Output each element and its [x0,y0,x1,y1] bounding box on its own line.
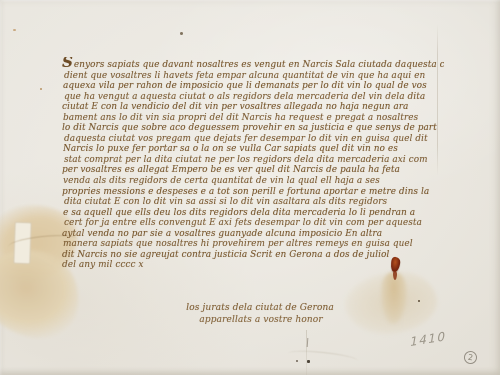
paper-speck [418,300,420,302]
paper-speck [307,360,310,363]
repair-patch [13,222,31,265]
manuscript-line: venda als dits regidors de certa quantit… [63,176,444,187]
crease-bottom-fold [306,330,307,375]
manuscript-line: ciutat E con la vendicio del dit vin per… [62,102,444,113]
manuscript-line: aytal venda no par sie a vosaltres guany… [62,229,444,240]
closing-line: los jurats dela ciutat de Gerona [155,302,365,314]
page-number-stamp: 2 [463,350,478,365]
manuscript-line: dita ciutat E con lo dit vin sa assi si … [64,197,444,208]
manuscript-line: Senyors sapiats que davant nosaltres es … [62,57,444,71]
manuscript-line: manera sapiats que nosaltres hi provehir… [63,239,444,250]
manuscript-line: que ha vengut a aquesta ciutat o als reg… [64,92,444,103]
stain-drip [381,272,407,324]
pencil-year-annotation: 1410 [410,327,460,349]
paper-speck [180,32,183,35]
closing-line: apparellats a vostre honor [157,314,365,326]
manuscript-line: bament ans lo dit vin sia propri del dit… [63,113,444,124]
paper-speck [296,360,298,362]
crease-bottom-diag [288,348,359,365]
manuscript-line: dit Narcis no sie agreujat contra justic… [62,250,444,261]
manuscript-line: daquesta ciutat vos pregam que dejats fe… [64,134,444,145]
signature-block: los jurats dela ciutat de Gerona apparel… [155,302,365,326]
manuscript-line: aquexa vila per rahon de imposicio que l… [63,81,444,92]
manuscript-line: e sa aquell que ells deu los dits regido… [63,208,444,219]
manuscript-line: propries messions e despeses e a tot son… [62,187,444,198]
pencil-stroke [307,338,309,347]
manuscript-scan: Senyors sapiats que davant nosaltres es … [0,0,500,375]
manuscript-line: dient que vosaltres li havets feta empar… [64,71,444,82]
paper-speck [40,88,42,90]
paper-speck [13,29,16,31]
manuscript-line: stat comprat per la dita ciutat ne per l… [64,155,444,166]
manuscript-line: lo dit Narcis que sobre aco deguessem pr… [62,123,444,134]
wax-blot-drip [393,271,397,280]
manuscript-line: cert for ja entre ells convengut E axi f… [64,218,444,229]
manuscript-line: del any mil cccc x [62,260,444,271]
letter-body: Senyors sapiats que davant nosaltres es … [62,57,444,271]
manuscript-line: Narcis lo puxe fer portar sa o la on se … [63,144,444,155]
manuscript-line: per vosaltres es allegat Empero be es ve… [62,165,444,176]
